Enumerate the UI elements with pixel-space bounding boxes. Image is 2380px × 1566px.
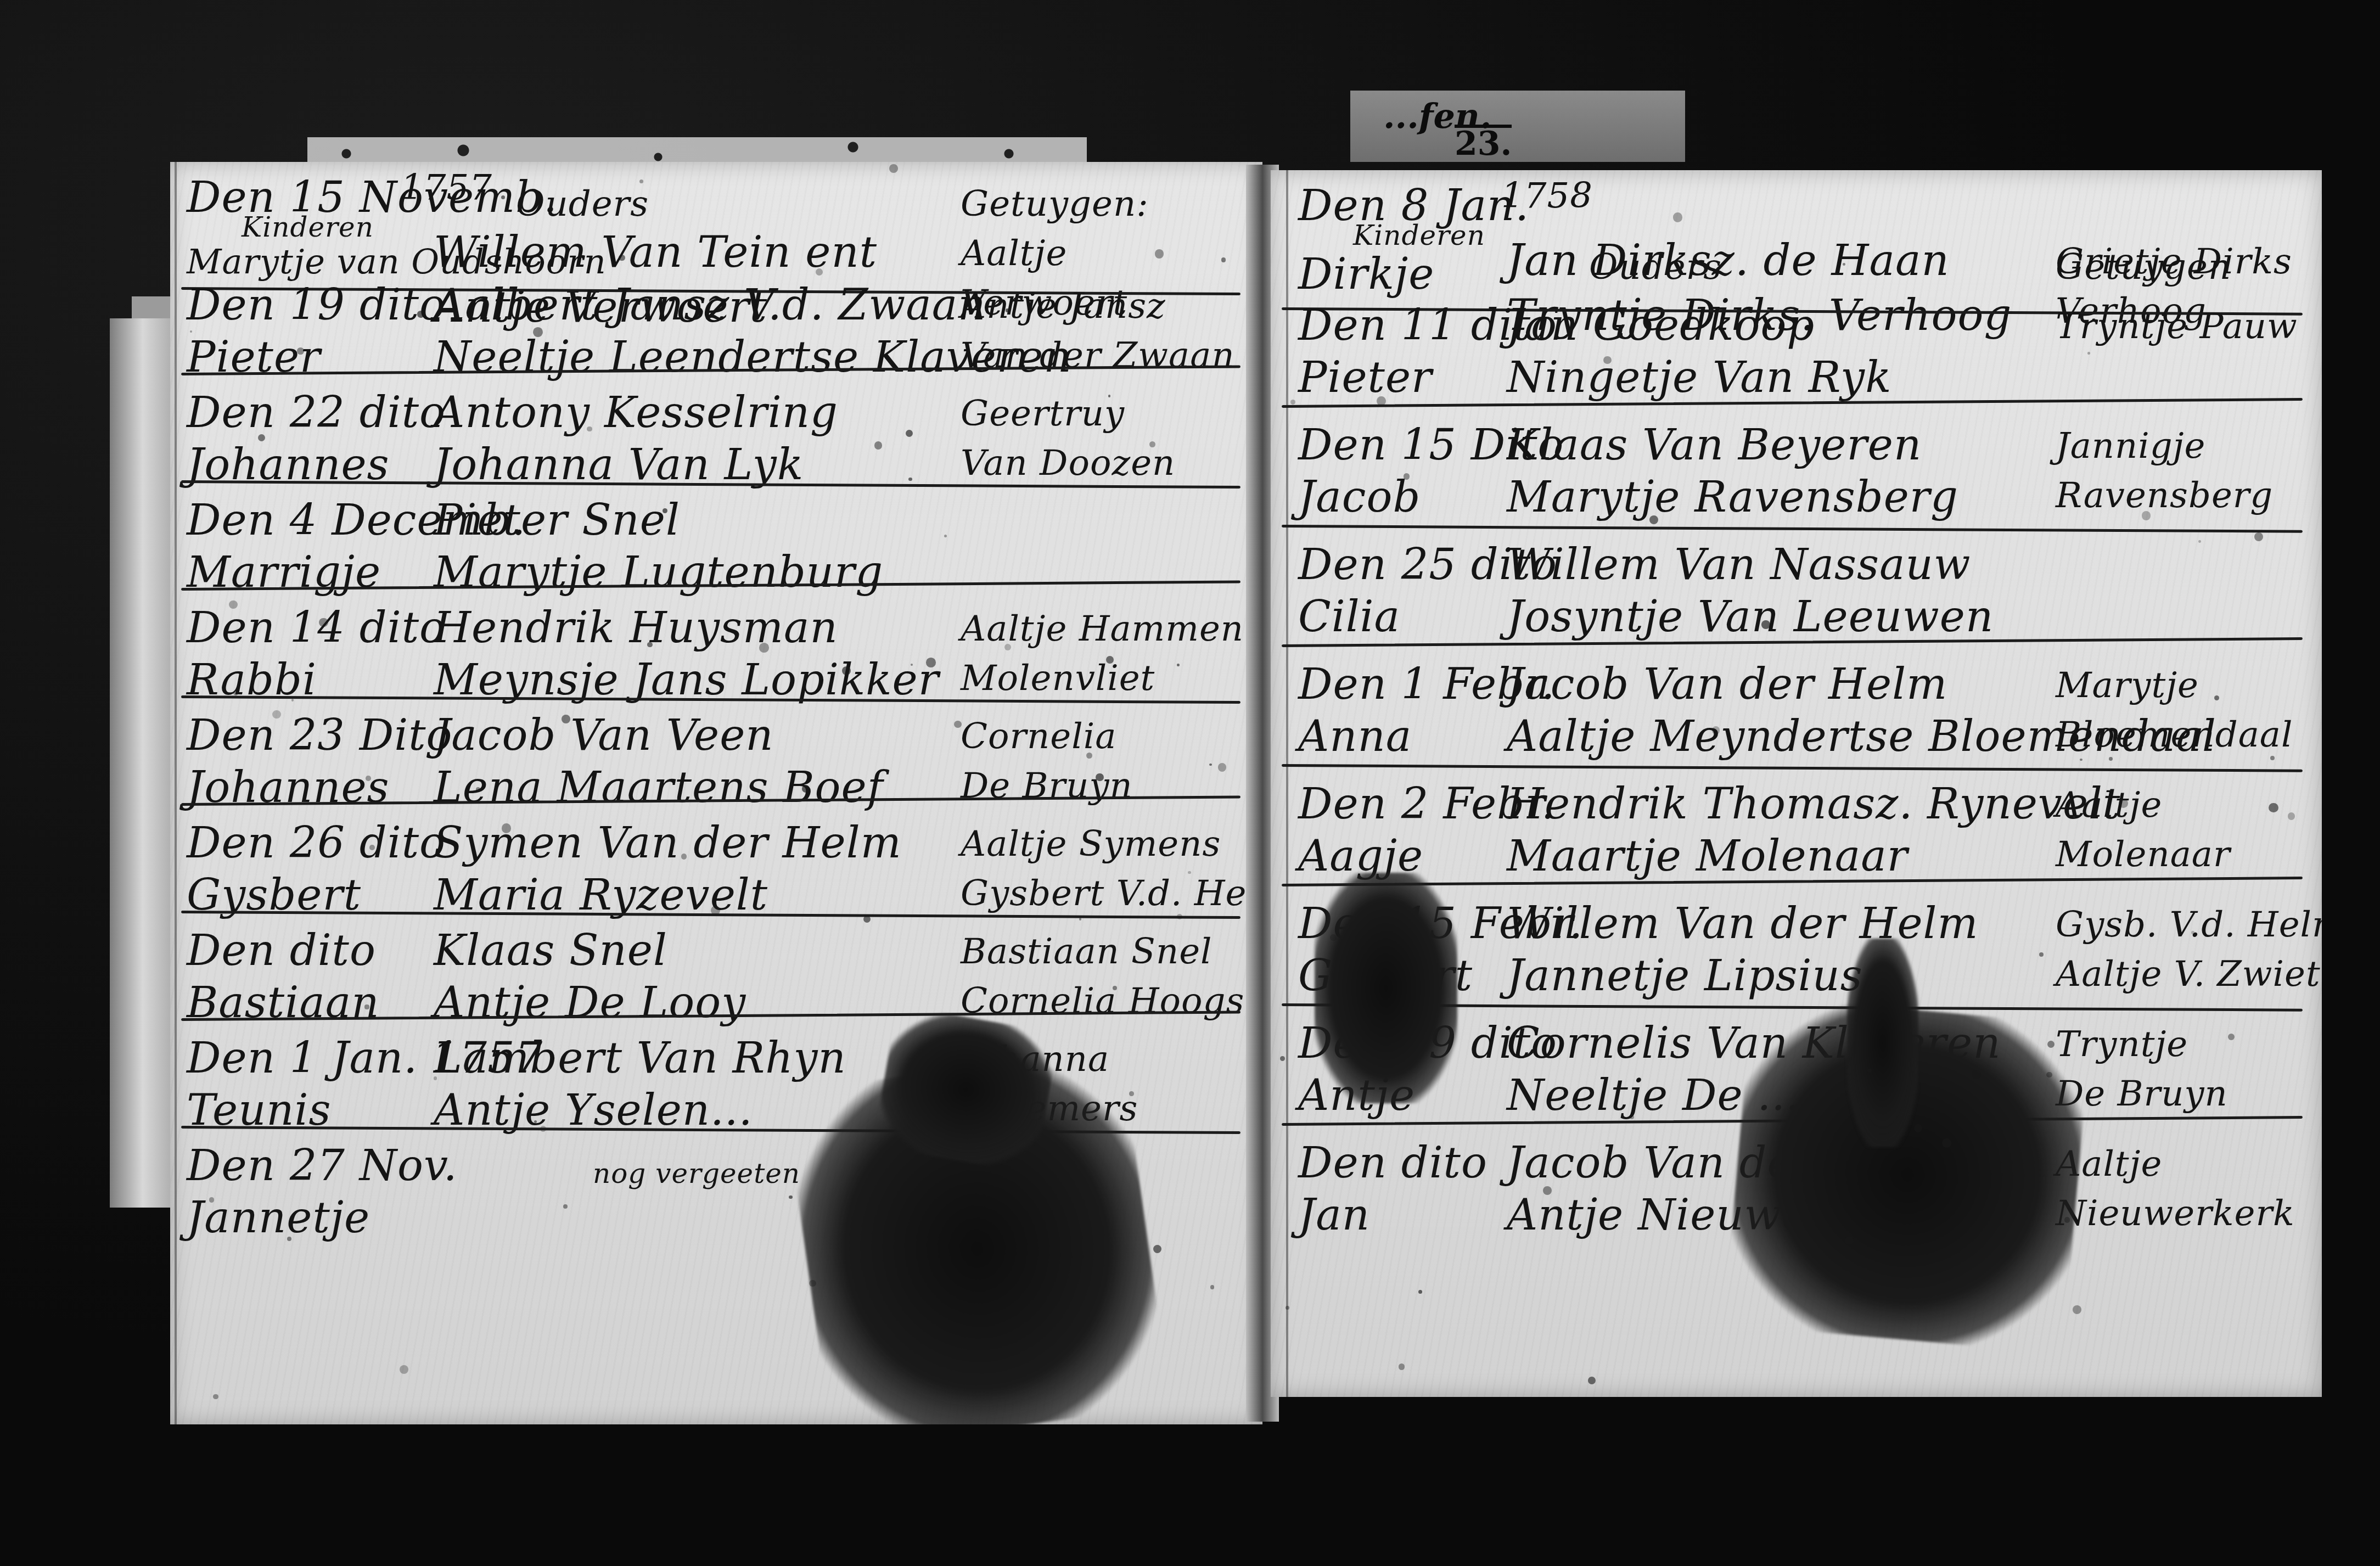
entry-witness: Cornelia (961, 716, 1116, 757)
entry-witness: De Bruyn (961, 766, 1133, 806)
foxing-spot (681, 854, 687, 860)
header-witnesses: Getuygen: (961, 184, 1149, 224)
entry-father: Klaas Van Beyeren (1507, 420, 1922, 470)
entry-witness: Aaltje V. Zwieten (2056, 954, 2322, 995)
page-flap (110, 318, 176, 1208)
entry-father: Jacob Van Veen (434, 711, 774, 760)
entry-child: Dirkje (1298, 250, 1434, 299)
foxing-spot (1543, 1186, 1552, 1195)
entry-witness: Tryntje Pauw (2056, 306, 2298, 347)
entry-father: Aalbert Jansz V.d. Zwaan (434, 280, 986, 330)
entry-date: Den 19 dito (187, 280, 446, 330)
foxing-spot (1210, 1285, 1215, 1289)
entry-date: Den dito (1298, 1138, 1487, 1188)
entry-witness: Van Doozen (961, 443, 1175, 484)
foxing-spot (906, 430, 913, 437)
entry-witness: Ravensberg (2056, 475, 2273, 516)
entry-father: Hendrik Huysman (434, 603, 838, 653)
entry-date: Den 22 dito (187, 388, 446, 437)
foxing-spot (619, 255, 625, 261)
foxing-spot (639, 179, 643, 183)
entry-witness: Gysbert V.d. Helm (961, 873, 1262, 914)
foxing-spot (863, 916, 871, 923)
entry-witness: Grietje Dirks (2056, 242, 2292, 282)
entry-witness: Geertruy (961, 394, 1125, 434)
entry-witness: Bloemendaal (2056, 715, 2293, 755)
foxing-spot (954, 721, 962, 728)
foxing-spot (1673, 212, 1682, 222)
entry-witness: Marytje (2056, 665, 2199, 706)
foxing-spot (1106, 656, 1114, 664)
foxing-spot (1177, 914, 1182, 919)
entry-witness: Jannigje (2056, 426, 2205, 467)
foxing-spot (1153, 1245, 1161, 1253)
foxing-spot (1086, 753, 1092, 759)
foxing-spot (1188, 871, 1191, 874)
foxing-spot (1843, 263, 1845, 266)
foxing-spot (1418, 1290, 1422, 1294)
foxing-spot (911, 664, 913, 666)
foxing-spot (1177, 664, 1180, 666)
foxing-spot (297, 347, 304, 355)
entry-date: Den dito (187, 926, 376, 975)
right-page: 1758OudersGetuygenDen 8 Jan.KinderenDirk… (1271, 170, 2322, 1397)
entry-mother: Lena Maartens Boef (434, 763, 884, 812)
foxing-spot (1399, 1363, 1405, 1369)
entry-mother: Ningetje Van Ryk (1507, 353, 1891, 402)
foxing-spot (647, 642, 652, 647)
foxing-spot (2142, 511, 2151, 520)
foxing-spot (2198, 540, 2201, 543)
left-page: 1757OudersGetuygen:Den 15 Novemb.Kindere… (170, 162, 1262, 1424)
entry-date: Den 14 dito (187, 603, 446, 653)
foxing-spot (291, 699, 294, 701)
entry-father: Jacob Van der Helm (1507, 660, 1947, 709)
foxing-spot (874, 441, 882, 449)
entry-witness: Aaltje (961, 233, 1067, 274)
entry-witness: Aaltje (2056, 785, 2162, 826)
foxing-spot (1280, 1056, 1285, 1061)
entry-father: Jan Dirksz. de Haan (1507, 236, 1950, 285)
foxing-spot (1096, 773, 1103, 781)
foxing-spot (2270, 756, 2275, 760)
entry-witness: Antje Jansz (961, 286, 1166, 327)
foxing-spot (562, 715, 570, 723)
entry-father: Hendrik Thomasz. Rynevelt (1507, 779, 2120, 829)
foxing-spot (1006, 308, 1009, 312)
foxing-spot (213, 1394, 218, 1400)
foxing-spot (2080, 759, 2082, 761)
foxing-spot (587, 426, 592, 432)
foxing-spot (1286, 1306, 1289, 1310)
foxing-spot (2214, 695, 2219, 700)
foxing-spot (889, 164, 898, 173)
header-children: Kinderen (1353, 220, 1485, 251)
foxing-spot (802, 785, 810, 793)
foxing-spot (2039, 952, 2044, 957)
entry-mother: Maartje Molenaar (1507, 832, 1908, 881)
entry-date: Den 27 Nov. (187, 1141, 458, 1191)
foxing-spot (1290, 400, 1295, 404)
foxing-spot (759, 643, 769, 653)
entry-witness: Molenaar (2056, 834, 2231, 875)
entry-child: Jacob (1298, 473, 1421, 522)
foxing-spot (417, 311, 424, 318)
entry-witness: Van der Zwaan (961, 335, 1235, 376)
foxing-spot (2109, 757, 2113, 761)
foxing-spot (1221, 257, 1226, 262)
ink-blot (1315, 873, 1457, 1103)
entry-father: Klaas Snel (434, 926, 667, 975)
ink-blot (1847, 939, 1918, 1147)
entry-witness: Molenvliet (961, 658, 1155, 699)
entry-child: Pieter (1298, 353, 1432, 402)
entry-mother: Marytje Lugtenburg (434, 548, 883, 597)
entry-note: nog vergeeten (593, 1158, 800, 1189)
foxing-spot (1942, 1138, 1951, 1147)
foxing-spot (1867, 1069, 1871, 1073)
foxing-spot (2288, 812, 2295, 820)
foxing-spot (2228, 1034, 2235, 1040)
foxing-spot (2191, 931, 2194, 934)
foxing-spot (1079, 918, 1082, 920)
entry-mother: Josyntje Van Leeuwen (1507, 592, 1994, 642)
foxing-spot (1129, 1091, 1134, 1096)
entry-date: Den 26 dito (187, 818, 446, 868)
foxing-spot (2087, 352, 2090, 355)
foxing-spot (268, 567, 271, 570)
entry-father: Antony Kesselring (434, 388, 838, 437)
foxing-spot (563, 1204, 568, 1209)
entry-mother: Marytje Ravensberg (1507, 473, 1958, 522)
foxing-spot (400, 1365, 408, 1374)
entry-father: Willem Van Nassauw (1507, 540, 1971, 590)
foxing-spot (1377, 396, 1386, 406)
foxing-spot (2073, 1305, 2081, 1314)
foxing-spot (1113, 986, 1117, 990)
archive-label-tab: ...fen. 23. (1350, 91, 1685, 162)
foxing-spot (364, 1004, 369, 1009)
entry-witness: Gysb. V.d. Helm (2056, 905, 2322, 945)
foxing-spot (366, 776, 371, 781)
entry-father: Lambert Van Rhyn (434, 1034, 846, 1083)
foxing-spot (272, 710, 280, 719)
page-margin-line (1286, 170, 1288, 1397)
foxing-spot (1108, 395, 1110, 397)
entry-child: Anna (1298, 712, 1412, 761)
foxing-spot (1761, 620, 1770, 629)
entry-witness: Bastiaan Snel (961, 931, 1213, 972)
foxing-spot (908, 478, 912, 481)
foxing-spot (1972, 1070, 1981, 1079)
foxing-spot (2119, 799, 2128, 808)
foxing-spot (789, 1195, 793, 1199)
foxing-spot (1209, 764, 1211, 766)
foxing-spot (711, 906, 720, 915)
ruled-line (1282, 525, 2303, 533)
foxing-spot (287, 1237, 291, 1241)
page-margin-line (175, 162, 177, 1424)
foxing-spot (809, 1280, 816, 1287)
foxing-spot (209, 1197, 214, 1202)
entry-witness: Aaltje Symens (961, 824, 1221, 865)
foxing-spot (533, 327, 543, 337)
foxing-spot (1404, 473, 1410, 479)
entry-child: Cilia (1298, 592, 1400, 642)
foxing-spot (1004, 644, 1011, 650)
label-number: 23. (1455, 125, 1512, 160)
foxing-spot (1588, 1377, 1596, 1384)
foxing-spot (342, 266, 345, 268)
entry-mother: Jannetje Lipsius (1507, 951, 1863, 1001)
entry-father: Jan Goedkoop (1507, 301, 1815, 350)
entry-witness: Nieuwerkerk (2056, 1193, 2295, 1234)
foxing-spot (1712, 726, 1720, 734)
foxing-spot (369, 845, 375, 850)
entry-date: Den 23 Dito (187, 711, 453, 760)
foxing-spot (2046, 1072, 2052, 1077)
foxing-spot (2064, 1217, 2070, 1222)
foxing-spot (944, 535, 947, 537)
foxing-spot (434, 1076, 437, 1080)
foxing-spot (2269, 803, 2278, 812)
foxing-spot (1649, 515, 1658, 524)
entry-witness: Aaltje Hammen (961, 609, 1244, 649)
foxing-spot (1155, 249, 1164, 258)
header-children: Kinderen (242, 211, 374, 243)
entry-father: Willem Van Tein ent (434, 228, 877, 277)
entry-child: Jannetje (187, 1193, 370, 1243)
entry-witness: Cornelia Hoogstraten (961, 981, 1262, 1021)
foxing-spot (229, 600, 238, 609)
ruled-line (1282, 764, 2303, 772)
foxing-spot (1218, 763, 1226, 771)
entry-father: Pieter Snel (434, 496, 680, 545)
ink-blot (873, 1005, 1060, 1174)
entry-child: Jan (1298, 1191, 1370, 1240)
foxing-spot (926, 658, 935, 667)
entry-mother: Antje De Looy (434, 978, 746, 1028)
foxing-spot (2254, 532, 2263, 541)
